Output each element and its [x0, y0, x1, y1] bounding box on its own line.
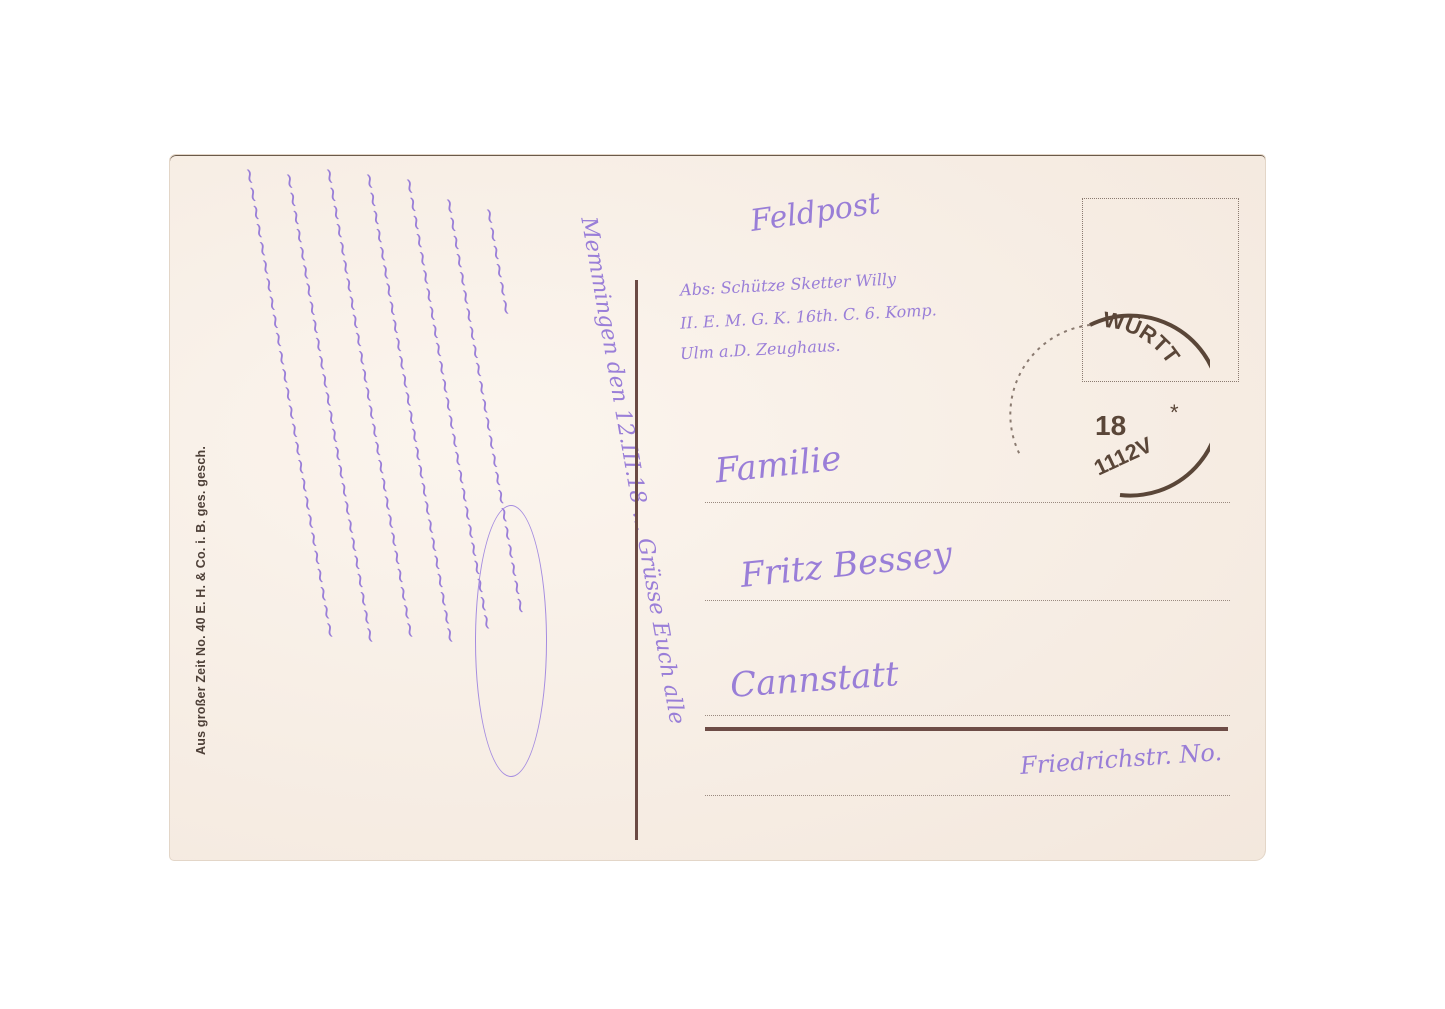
address-line [705, 502, 1230, 503]
sender-line: II. E. M. G. K. 16th. C. 6. Komp. [680, 300, 937, 332]
message-line: ~~~~~~ [475, 205, 519, 318]
svg-text:18: 18 [1095, 410, 1126, 441]
addressee-line: Friedrichstr. No. [1019, 738, 1223, 780]
signature-oval [475, 505, 547, 777]
sender-line: Abs: Schütze Sketter Willy [680, 269, 897, 299]
vertical-divider [635, 280, 638, 840]
address-underline [705, 727, 1228, 731]
addressee-line: Fritz Bessey [738, 534, 953, 596]
postmark-icon: WÜRTT 18 1112V * [990, 295, 1210, 515]
postcard-back: Aus großer Zeit No. 40 E. H. & Co. i. B.… [170, 155, 1265, 860]
address-line [705, 600, 1230, 601]
address-line [705, 715, 1230, 716]
message-date-line: Memmingen den 12.III.18 ... Grüsse Euch … [575, 215, 689, 726]
addressee-line: Cannstatt [729, 654, 900, 706]
publisher-imprint: Aus großer Zeit No. 40 E. H. & Co. i. B.… [194, 446, 208, 755]
sender-line: Ulm a.D. Zeughaus. [680, 336, 841, 363]
feldpost-heading: Feldpost [748, 186, 882, 239]
addressee-line: Familie [713, 438, 843, 491]
svg-text:*: * [1170, 400, 1179, 425]
address-line [705, 795, 1230, 796]
